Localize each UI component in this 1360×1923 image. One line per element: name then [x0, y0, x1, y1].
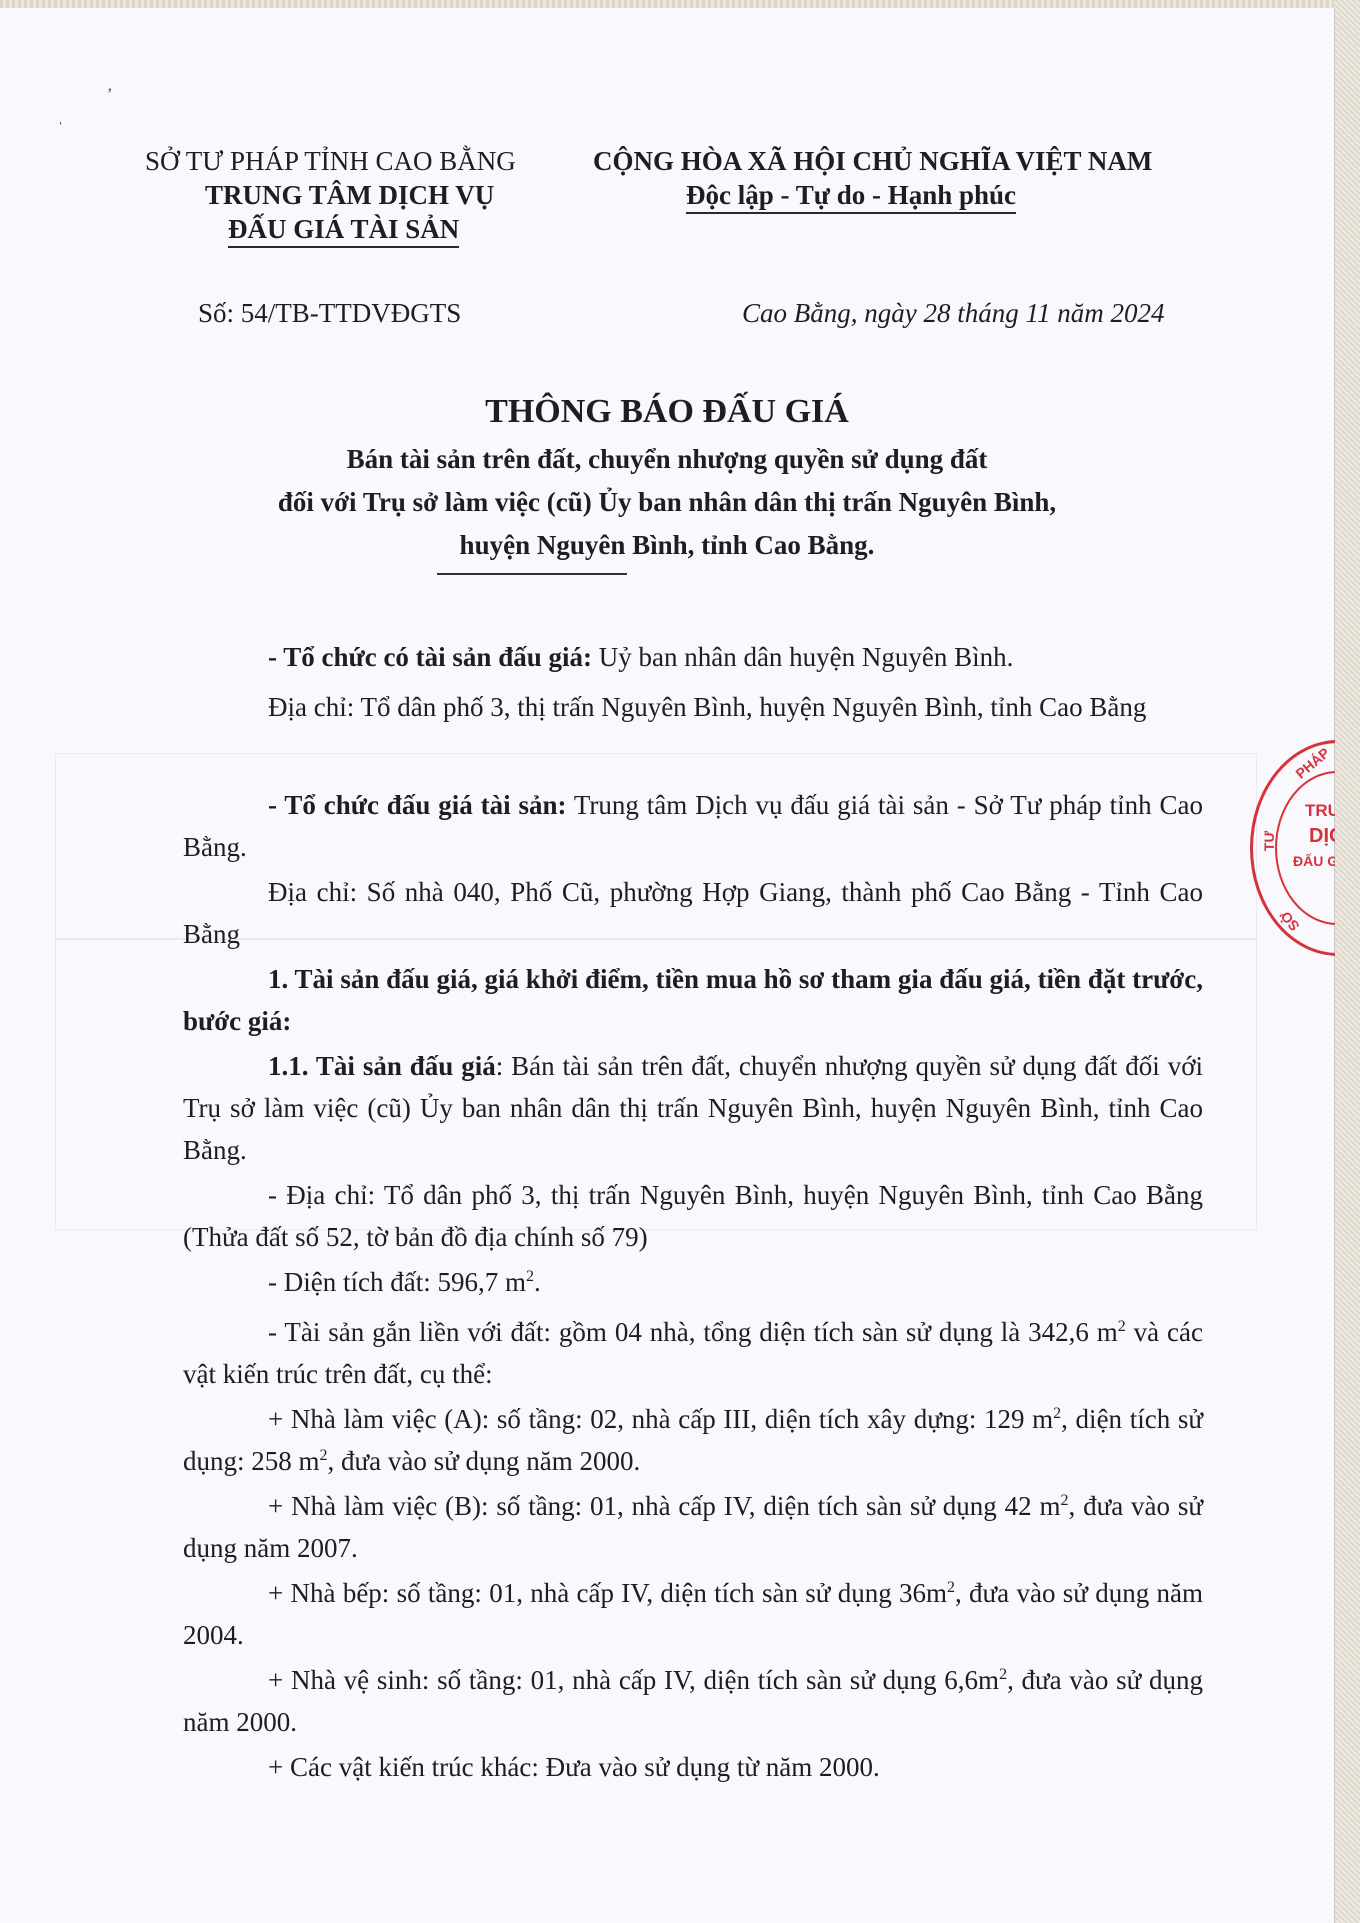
agency-name-line2-text: ĐẤU GIÁ TÀI SẢN [228, 214, 459, 248]
document-subtitle-3: huyện Nguyên Bình, tỉnh Cao Bằng. [0, 530, 1334, 561]
agency-name-line1: TRUNG TÂM DỊCH VỤ [205, 180, 494, 211]
superscript: 2 [1053, 1405, 1061, 1422]
seal-text-line: ĐẤU GI [1293, 853, 1335, 869]
national-motto-text: Độc lập - Tự do - Hạnh phúc [686, 180, 1016, 214]
auction-organizer-label: - Tổ chức đấu giá tài sản: [268, 790, 566, 820]
scan-speck: ˌ [58, 108, 63, 126]
auction-owner: - Tổ chức có tài sản đấu giá: Uỷ ban nhâ… [183, 636, 1203, 678]
auction-organizer-address: Địa chỉ: Số nhà 040, Phố Cũ, phường Hợp … [183, 871, 1203, 955]
national-title: CỘNG HÒA XÃ HỘI CHỦ NGHĨA VIỆT NAM [593, 146, 1152, 177]
seal-inner-ring [1275, 771, 1335, 925]
item-other-structures: + Các vật kiến trúc khác: Đưa vào sử dụn… [183, 1746, 1203, 1788]
section-1-1-label: 1.1. Tài sản đấu giá [268, 1051, 496, 1081]
attached-assets: - Tài sản gắn liền với đất: gồm 04 nhà, … [183, 1311, 1203, 1395]
agency-parent: SỞ TƯ PHÁP TỈNH CAO BẰNG [145, 146, 516, 177]
item-restroom: + Nhà vệ sinh: số tầng: 01, nhà cấp IV, … [183, 1659, 1203, 1743]
scan-speck: ʼ [107, 86, 112, 104]
superscript: 2 [526, 1268, 534, 1285]
land-area: - Diện tích đất: 596,7 m2. [183, 1261, 1203, 1303]
section-1-heading: 1. Tài sản đấu giá, giá khởi điểm, tiền … [183, 958, 1203, 1042]
place-date: Cao Bằng, ngày 28 tháng 11 năm 2024 [742, 298, 1164, 329]
superscript: 2 [947, 1579, 955, 1596]
seal-arc-text: SỞ [1277, 908, 1303, 935]
agency-name-line2: ĐẤU GIÁ TÀI SẢN [228, 214, 459, 245]
item-text: , đưa vào sử dụng năm 2000. [328, 1446, 641, 1476]
document-subtitle-2: đối với Trụ sở làm việc (cũ) Ủy ban nhân… [0, 487, 1334, 518]
national-motto: Độc lập - Tự do - Hạnh phúc [686, 180, 1016, 211]
land-area-suffix: . [534, 1267, 541, 1297]
superscript: 2 [1118, 1318, 1126, 1335]
asset-address: - Địa chỉ: Tổ dân phố 3, thị trấn Nguyên… [183, 1174, 1203, 1258]
auction-owner-value: Uỷ ban nhân dân huyện Nguyên Bình. [592, 642, 1013, 672]
item-text: + Nhà làm việc (B): số tầng: 01, nhà cấp… [268, 1491, 1060, 1521]
auction-owner-address: Địa chỉ: Tổ dân phố 3, thị trấn Nguyên B… [183, 686, 1203, 728]
seal-text-line: DỊC [1309, 825, 1335, 848]
superscript: 2 [999, 1666, 1007, 1683]
document-page: ʼ ˌ SỞ TƯ PHÁP TỈNH CAO BẰNG TRUNG TÂM D… [0, 8, 1335, 1923]
document-subtitle-1: Bán tài sản trên đất, chuyển nhượng quyề… [0, 444, 1334, 475]
scan-top-edge [0, 0, 1360, 8]
official-seal: PHÁP TƯ SỞ TRUI DỊC ĐẤU GI [1240, 730, 1335, 960]
item-text: + Nhà vệ sinh: số tầng: 01, nhà cấp IV, … [268, 1665, 999, 1695]
title-divider [437, 573, 627, 575]
seal-text-line: TRUI [1305, 801, 1335, 821]
auction-organizer: - Tổ chức đấu giá tài sản: Trung tâm Dịc… [183, 784, 1203, 868]
superscript: 2 [320, 1447, 328, 1464]
scan-background-texture [1334, 0, 1360, 1923]
item-kitchen: + Nhà bếp: số tầng: 01, nhà cấp IV, diện… [183, 1572, 1203, 1656]
land-area-text: - Diện tích đất: 596,7 m [268, 1267, 526, 1297]
item-text: + Nhà bếp: số tầng: 01, nhà cấp IV, diện… [268, 1578, 947, 1608]
item-office-a: + Nhà làm việc (A): số tầng: 02, nhà cấp… [183, 1398, 1203, 1482]
document-number: Số: 54/TB-TTDVĐGTS [198, 298, 461, 329]
seal-arc-text: TƯ [1261, 831, 1277, 851]
item-text: + Nhà làm việc (A): số tầng: 02, nhà cấp… [268, 1404, 1053, 1434]
section-1-1: 1.1. Tài sản đấu giá: Bán tài sản trên đ… [183, 1045, 1203, 1171]
document-title: THÔNG BÁO ĐẤU GIÁ [0, 393, 1334, 431]
seal-outer-ring: PHÁP TƯ SỞ TRUI DỊC ĐẤU GI [1250, 740, 1335, 956]
attached-assets-text: - Tài sản gắn liền với đất: gồm 04 nhà, … [268, 1317, 1118, 1347]
item-office-b: + Nhà làm việc (B): số tầng: 01, nhà cấp… [183, 1485, 1203, 1569]
auction-owner-label: - Tổ chức có tài sản đấu giá: [268, 642, 592, 672]
